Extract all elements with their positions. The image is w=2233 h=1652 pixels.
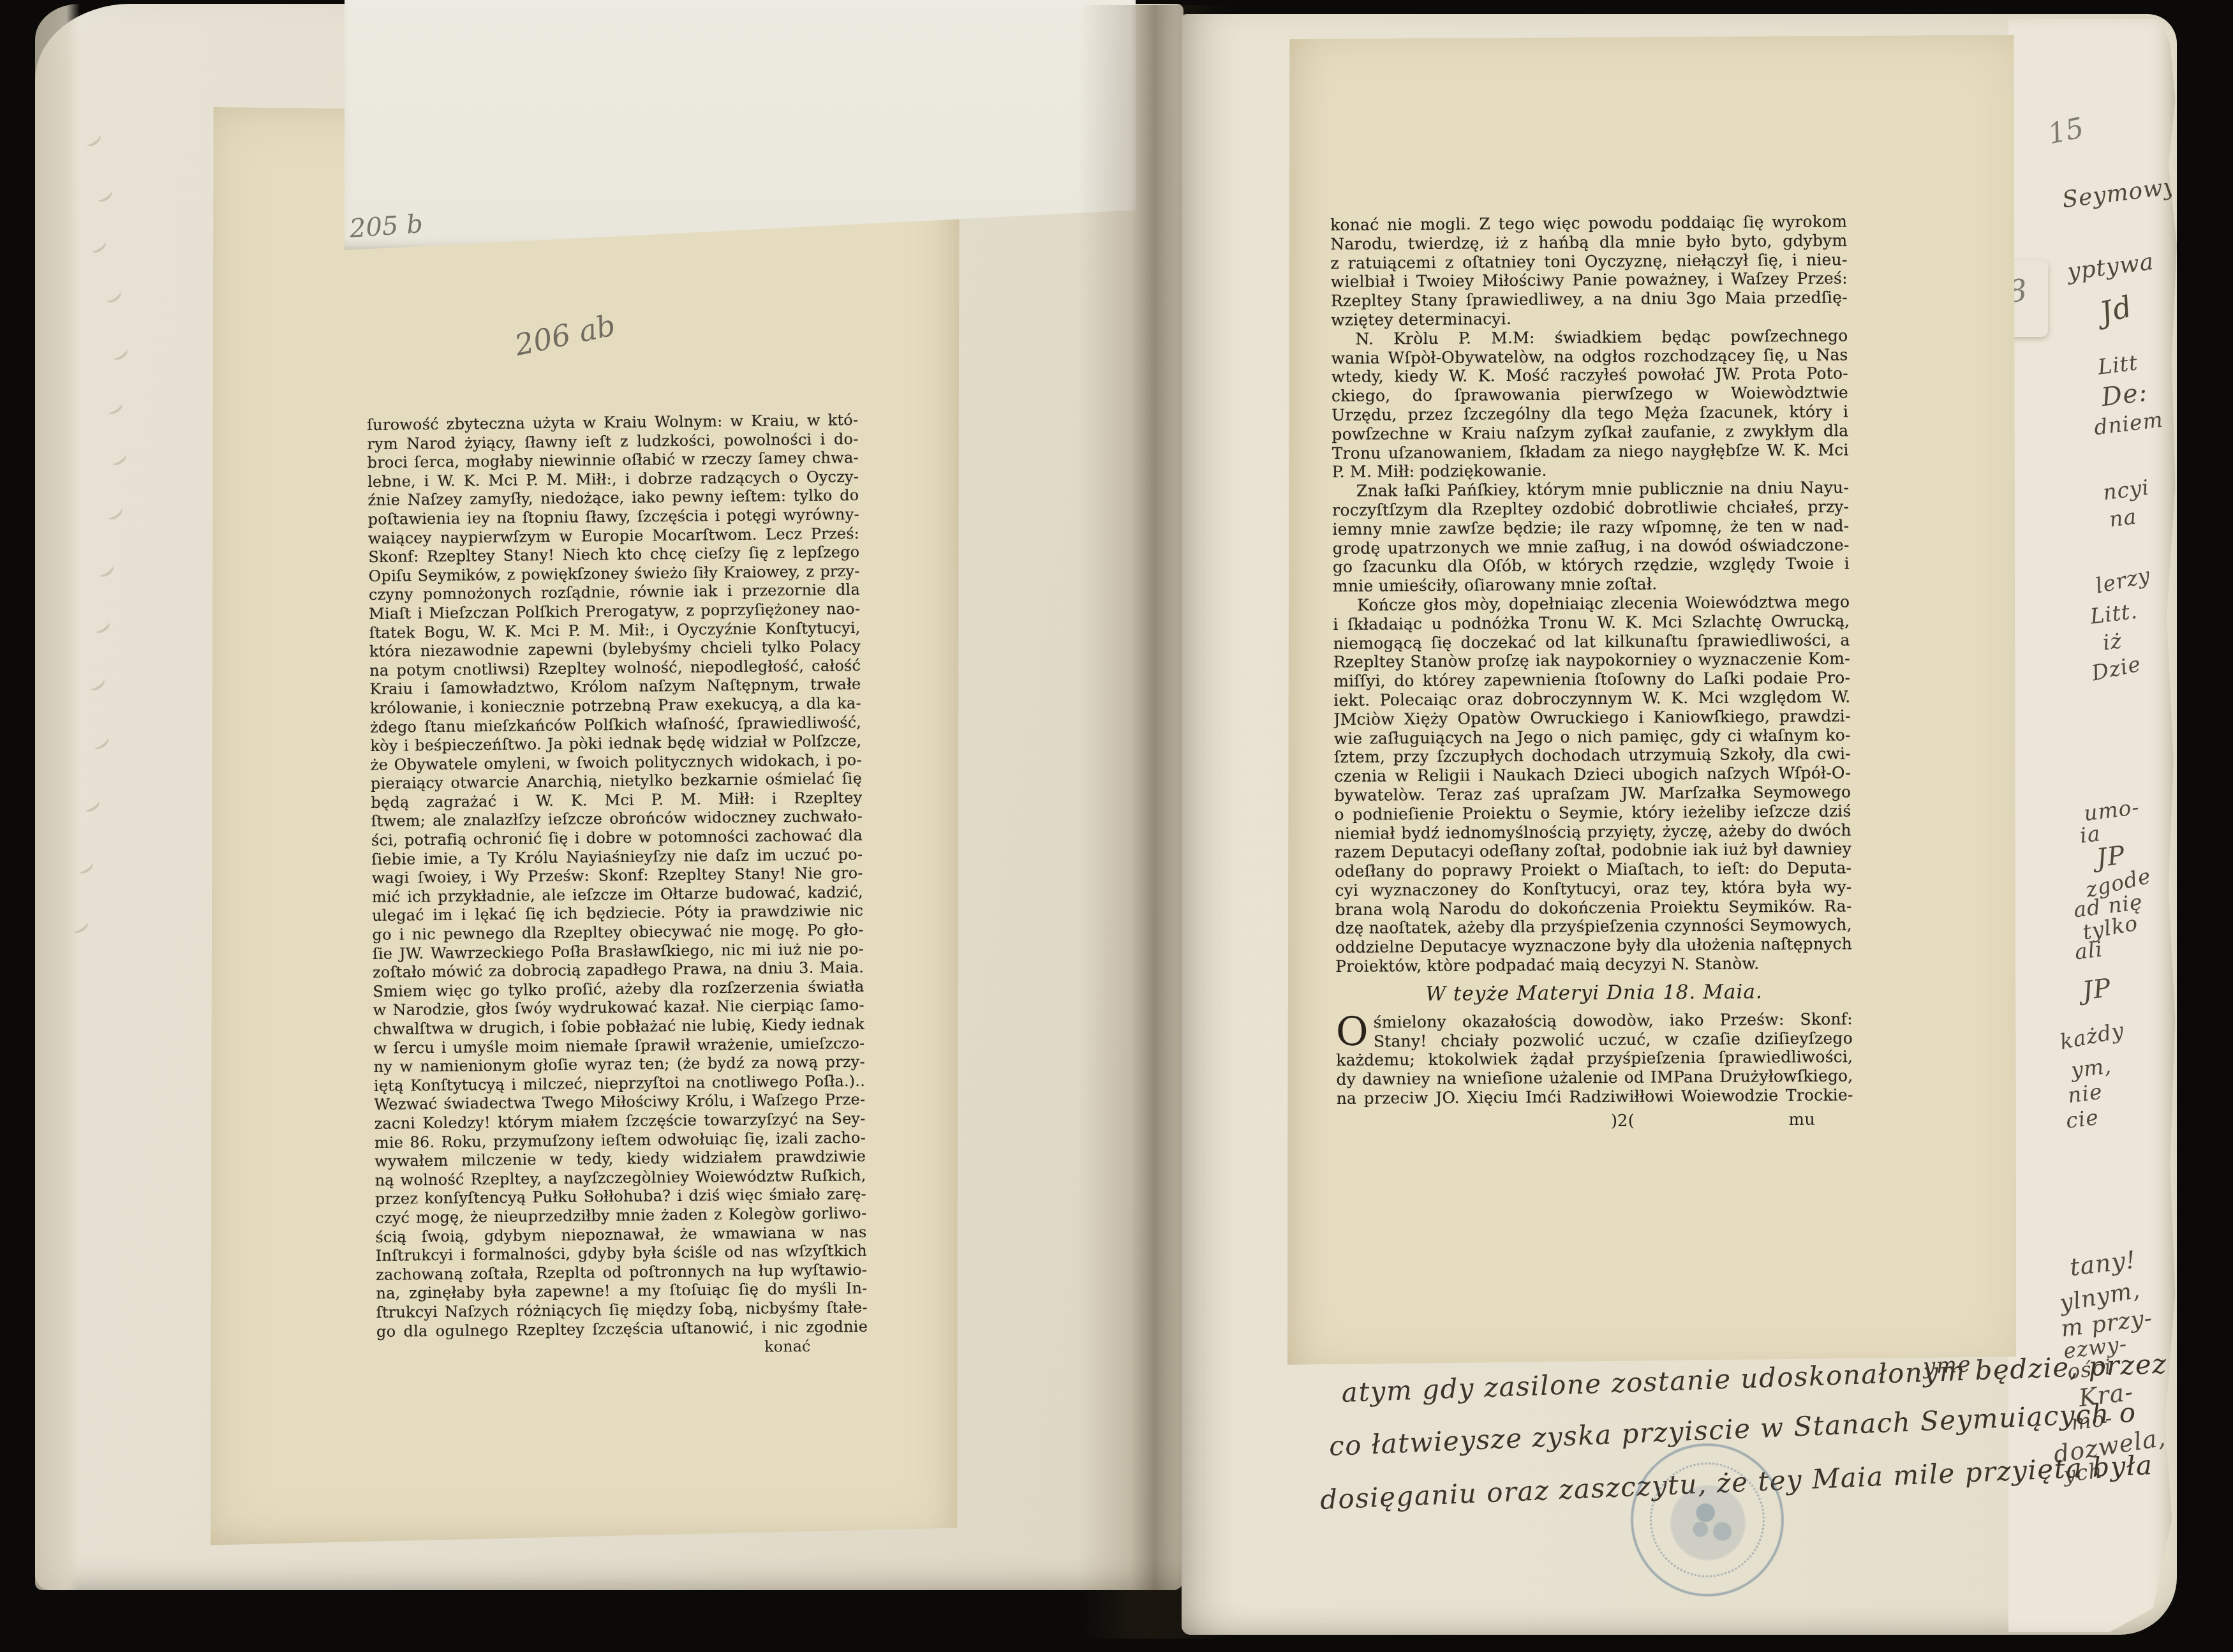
bleedthrough-marks [35,4,163,961]
marginalia-fragment: De: [2100,378,2149,412]
right-print-column: konać nie mogli. Z tego więc powodu podd… [1330,212,1853,1132]
marginalia-fragment: JP [2081,973,2112,1006]
marginalia-fragment: ali [2073,936,2104,964]
pencil-folio-206: 206 ab [512,308,618,362]
paragraph-5-lines: śmielony okazałością dowodòw, iako Prześ… [1336,1009,1853,1108]
left-print-column: ſurowość zbyteczna użyta w Kraiu Wolnym:… [367,411,868,1360]
paragraph-2: N. Kròlu P. M.M: świadkiem będąc powſzec… [1331,326,1849,482]
scanned-book-spread: 206 ab ſurowość zbyteczna użyta w Kraiu … [0,0,2233,1652]
print-line: śmielony okazałością dowodòw, iako Prześ… [1374,1009,1853,1032]
right-printed-leaf: konać nie mogli. Z tego więc powodu podd… [1287,35,2016,1370]
marginalia-fragment: Dzie [2089,651,2143,685]
marginalia-fragment: Jd [2096,289,2135,330]
paragraph-5: O śmielony okazałością dowodòw, iako Prz… [1336,1009,1853,1108]
marginalia-fragment: ncyi [2102,475,2151,505]
pencil-note-205: 205 b [349,209,424,244]
signature-row: )2( mu [1337,1105,1853,1133]
left-print-lines: ſurowość zbyteczna użyta w Kraiu Wolnym:… [367,411,868,1341]
print-line: Rzepltey Stany ſprawiedliwey, a na dniu … [1331,288,1848,311]
marginalia-fragment: tany! [2068,1246,2138,1281]
print-line: Tronu uſzanowaniem, ſkładam za niego nay… [1332,440,1848,463]
catchword-right: mu [1788,1110,1815,1129]
signature-mark: )2( [1611,1112,1635,1131]
marginalia-fragment: nie [2066,1079,2104,1108]
drop-cap-initial: O [1336,1015,1369,1048]
marginalia-fragment: yptywa [2066,249,2155,285]
paragraph-4: Kończe głos mòy, dopełniaiąc zlecenia Wo… [1333,592,1852,976]
marginalia-fragment: iż [2102,628,2123,655]
guard-sheet: 205 b [345,0,1136,250]
section-heading: W teyże Materyi Dnia 18. Maia. [1335,972,1852,1013]
print-line: go ſzacunku dla Oſób, w których rzędzie,… [1333,554,1850,577]
print-line: na przeciw JO. Xięciu Imći Radziwiłłowi … [1337,1085,1853,1108]
marginalia-fragment: Litt. [2089,599,2139,629]
marginalia-fragment: na [2108,504,2138,532]
marginalia-fragment: Litt [2096,350,2139,379]
paragraph-1: konać nie mogli. Z tego więc powodu podd… [1330,212,1848,329]
left-printed-leaf: 206 ab ſurowość zbyteczna użyta w Kraiu … [211,107,961,1548]
print-line: oddzielne Deputacye wyznaczone były dla … [1335,935,1852,957]
marginalia-fragment: lerzy [2093,562,2153,598]
marginalia-fragment: ym, [2070,1053,2113,1082]
marginalia-fragment: cie [2065,1105,2100,1133]
marginalia-fragment: każdy [2058,1018,2126,1055]
paragraph-3: Znak łaſki Pańſkiey, którym mnie publicz… [1332,478,1850,595]
marginalia-fragment: Seymowy, [2061,173,2183,214]
